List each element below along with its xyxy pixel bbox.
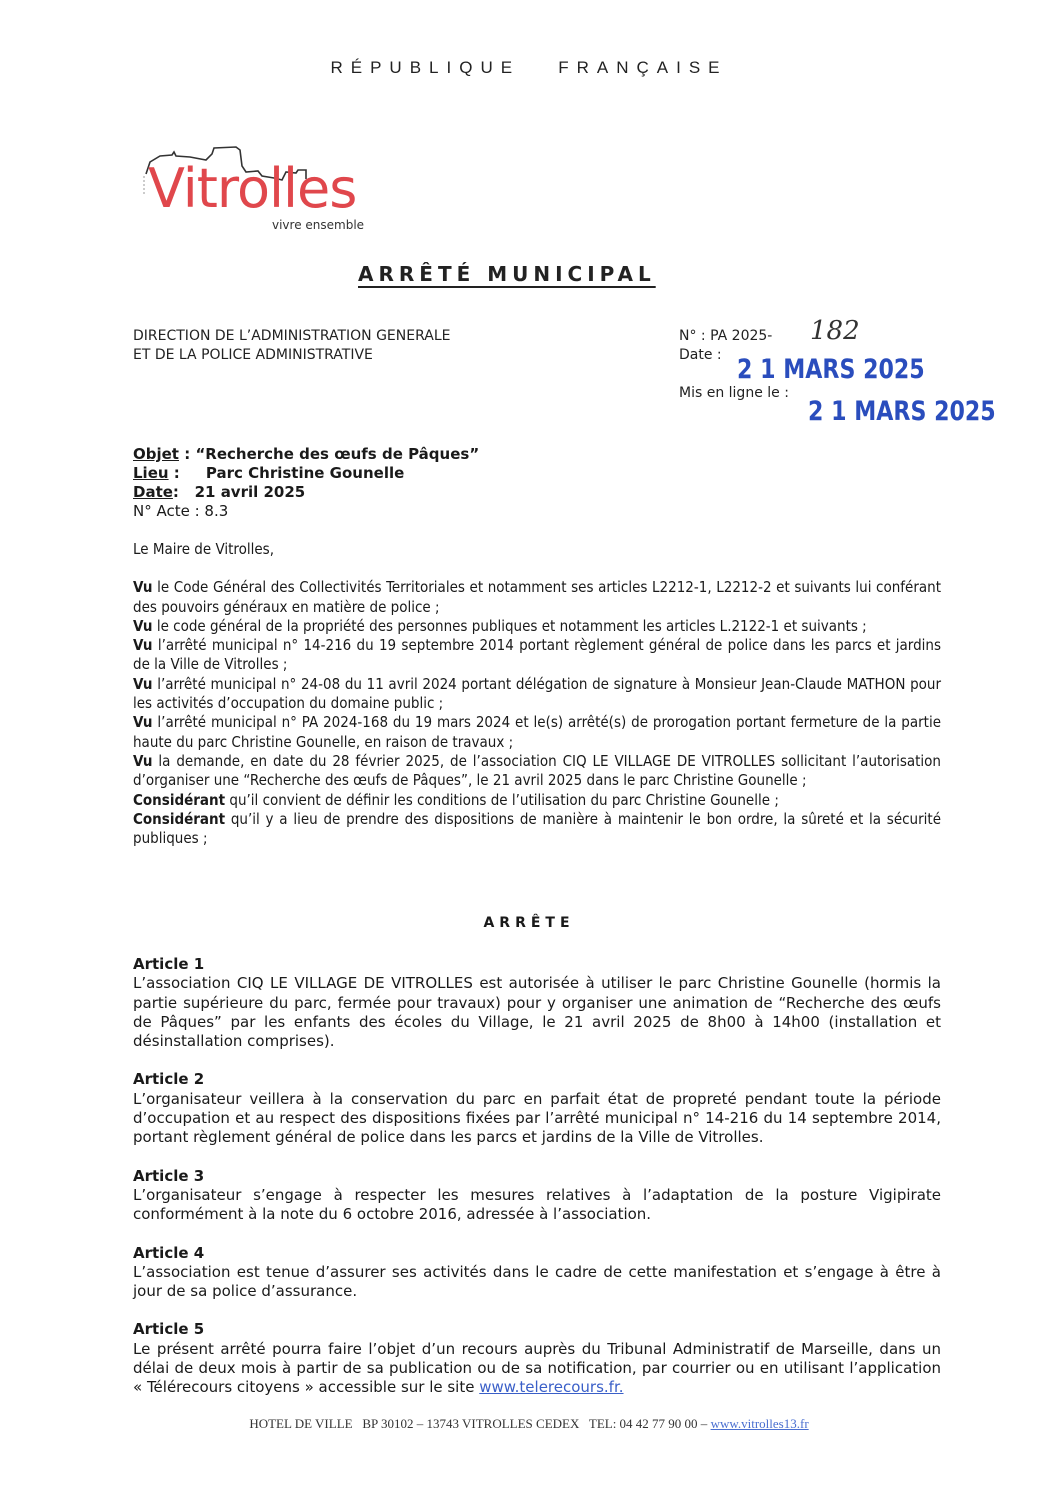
online-date-label: Mis en ligne le : — [679, 384, 789, 403]
consideration-item: Vu le code général de la propriété des p… — [133, 617, 941, 636]
consideration-keyword: Vu — [133, 713, 153, 731]
article-title: Article 2 — [133, 1070, 941, 1089]
article-title: Article 1 — [133, 955, 941, 974]
preamble: Le Maire de Vitrolles, Vu le Code Généra… — [133, 540, 941, 848]
handwritten-number: 182 — [810, 316, 860, 346]
consideration-keyword: Considérant — [133, 791, 225, 809]
article-text: Le présent arrêté pourra faire l’objet d… — [133, 1340, 941, 1398]
issuing-direction: DIRECTION DE L’ADMINISTRATION GENERALE E… — [133, 327, 450, 365]
consideration-item: Vu le Code Général des Collectivités Ter… — [133, 578, 941, 617]
article-4: Article 4L’association est tenue d’assur… — [133, 1244, 941, 1302]
consideration-text: le code général de la propriété des pers… — [153, 617, 867, 635]
considerations-list: Vu le Code Général des Collectivités Ter… — [133, 578, 941, 848]
vitrolles-logo: Vitrolles vivre ensemble — [140, 136, 410, 236]
date-label: Date — [133, 483, 173, 502]
consideration-text: l’arrêté municipal n° 14-216 du 19 septe… — [133, 636, 941, 673]
consideration-keyword: Vu — [133, 752, 153, 770]
article-title: Article 5 — [133, 1320, 941, 1339]
greeting: Le Maire de Vitrolles, — [133, 540, 941, 559]
republique-francaise-header: RÉPUBLIQUE FRANÇAISE — [0, 58, 1058, 78]
article-title: Article 4 — [133, 1244, 941, 1263]
objet-label: Objet — [133, 445, 179, 464]
consideration-text: l’arrêté municipal n° PA 2024-168 du 19 … — [133, 713, 941, 750]
article-2: Article 2L’organisateur veillera à la co… — [133, 1070, 941, 1147]
reference-number: N° : PA 2025- — [679, 327, 789, 346]
article-text: L’organisateur s’engage à respecter les … — [133, 1186, 941, 1225]
article-text: L’association CIQ LE VILLAGE DE VITROLLE… — [133, 974, 941, 1051]
consideration-item: Vu l’arrêté municipal n° PA 2024-168 du … — [133, 713, 941, 752]
lieu-value: Parc Christine Gounelle — [206, 464, 404, 482]
document-title: ARRÊTÉ MUNICIPAL — [358, 262, 656, 286]
consideration-item: Vu la demande, en date du 28 février 202… — [133, 752, 941, 791]
consideration-keyword: Vu — [133, 675, 153, 693]
acte-number: N° Acte : 8.3 — [133, 502, 479, 521]
consideration-item: Considérant qu’il y a lieu de prendre de… — [133, 810, 941, 849]
article-text: L’association est tenue d’assurer ses ac… — [133, 1263, 941, 1302]
consideration-text: l’arrêté municipal n° 24-08 du 11 avril … — [133, 675, 941, 712]
lieu-row: Lieu : Parc Christine Gounelle — [133, 464, 479, 483]
article-5: Article 5Le présent arrêté pourra faire … — [133, 1320, 941, 1397]
objet-value: “Recherche des œufs de Pâques” — [195, 445, 479, 463]
article-text: L’organisateur veillera à la conservatio… — [133, 1090, 941, 1148]
subject-block: Objet : “Recherche des œufs de Pâques” L… — [133, 445, 479, 521]
lieu-label: Lieu — [133, 464, 169, 483]
date-row: Date : 21 avril 2025 — [133, 483, 479, 502]
date-stamp: 2 1 MARS 2025 — [737, 354, 925, 385]
article-body: L’association est tenue d’assurer ses ac… — [133, 1263, 941, 1300]
consideration-item: Vu l’arrêté municipal n° 24-08 du 11 avr… — [133, 675, 941, 714]
date-value: 21 avril 2025 — [195, 483, 306, 501]
consideration-text: la demande, en date du 28 février 2025, … — [133, 752, 941, 789]
article-3: Article 3L’organisateur s’engage à respe… — [133, 1167, 941, 1225]
consideration-text: qu’il convient de définir les conditions… — [225, 791, 779, 809]
consideration-item: Vu l’arrêté municipal n° 14-216 du 19 se… — [133, 636, 941, 675]
arrete-heading: ARRÊTE — [0, 915, 1058, 931]
online-date-stamp: 2 1 MARS 2025 — [808, 396, 996, 427]
consideration-keyword: Considérant — [133, 810, 225, 828]
consideration-item: Considérant qu’il convient de définir le… — [133, 791, 941, 810]
consideration-keyword: Vu — [133, 636, 153, 654]
article-1: Article 1L’association CIQ LE VILLAGE DE… — [133, 955, 941, 1051]
article-body: L’organisateur s’engage à respecter les … — [133, 1186, 941, 1223]
logo-wordmark: Vitrolles — [148, 162, 356, 216]
articles-list: Article 1L’association CIQ LE VILLAGE DE… — [133, 955, 941, 1417]
consideration-keyword: Vu — [133, 578, 153, 596]
consideration-text: qu’il y a lieu de prendre des dispositio… — [133, 810, 941, 847]
consideration-text: le Code Général des Collectivités Territ… — [133, 578, 941, 615]
footer-website-link[interactable]: www.vitrolles13.fr — [711, 1416, 809, 1431]
consideration-keyword: Vu — [133, 617, 153, 635]
telerecours-link[interactable]: www.telerecours.fr. — [479, 1378, 623, 1396]
footer-address: HOTEL DE VILLE BP 30102 – 13743 VITROLLE… — [249, 1416, 710, 1431]
direction-line-2: ET DE LA POLICE ADMINISTRATIVE — [133, 346, 450, 365]
article-body: L’association CIQ LE VILLAGE DE VITROLLE… — [133, 974, 941, 1050]
objet-row: Objet : “Recherche des œufs de Pâques” — [133, 445, 479, 464]
logo-tagline: vivre ensemble — [272, 218, 364, 232]
footer: HOTEL DE VILLE BP 30102 – 13743 VITROLLE… — [0, 1416, 1058, 1432]
article-title: Article 3 — [133, 1167, 941, 1186]
direction-line-1: DIRECTION DE L’ADMINISTRATION GENERALE — [133, 327, 450, 346]
article-body: L’organisateur veillera à la conservatio… — [133, 1090, 941, 1147]
